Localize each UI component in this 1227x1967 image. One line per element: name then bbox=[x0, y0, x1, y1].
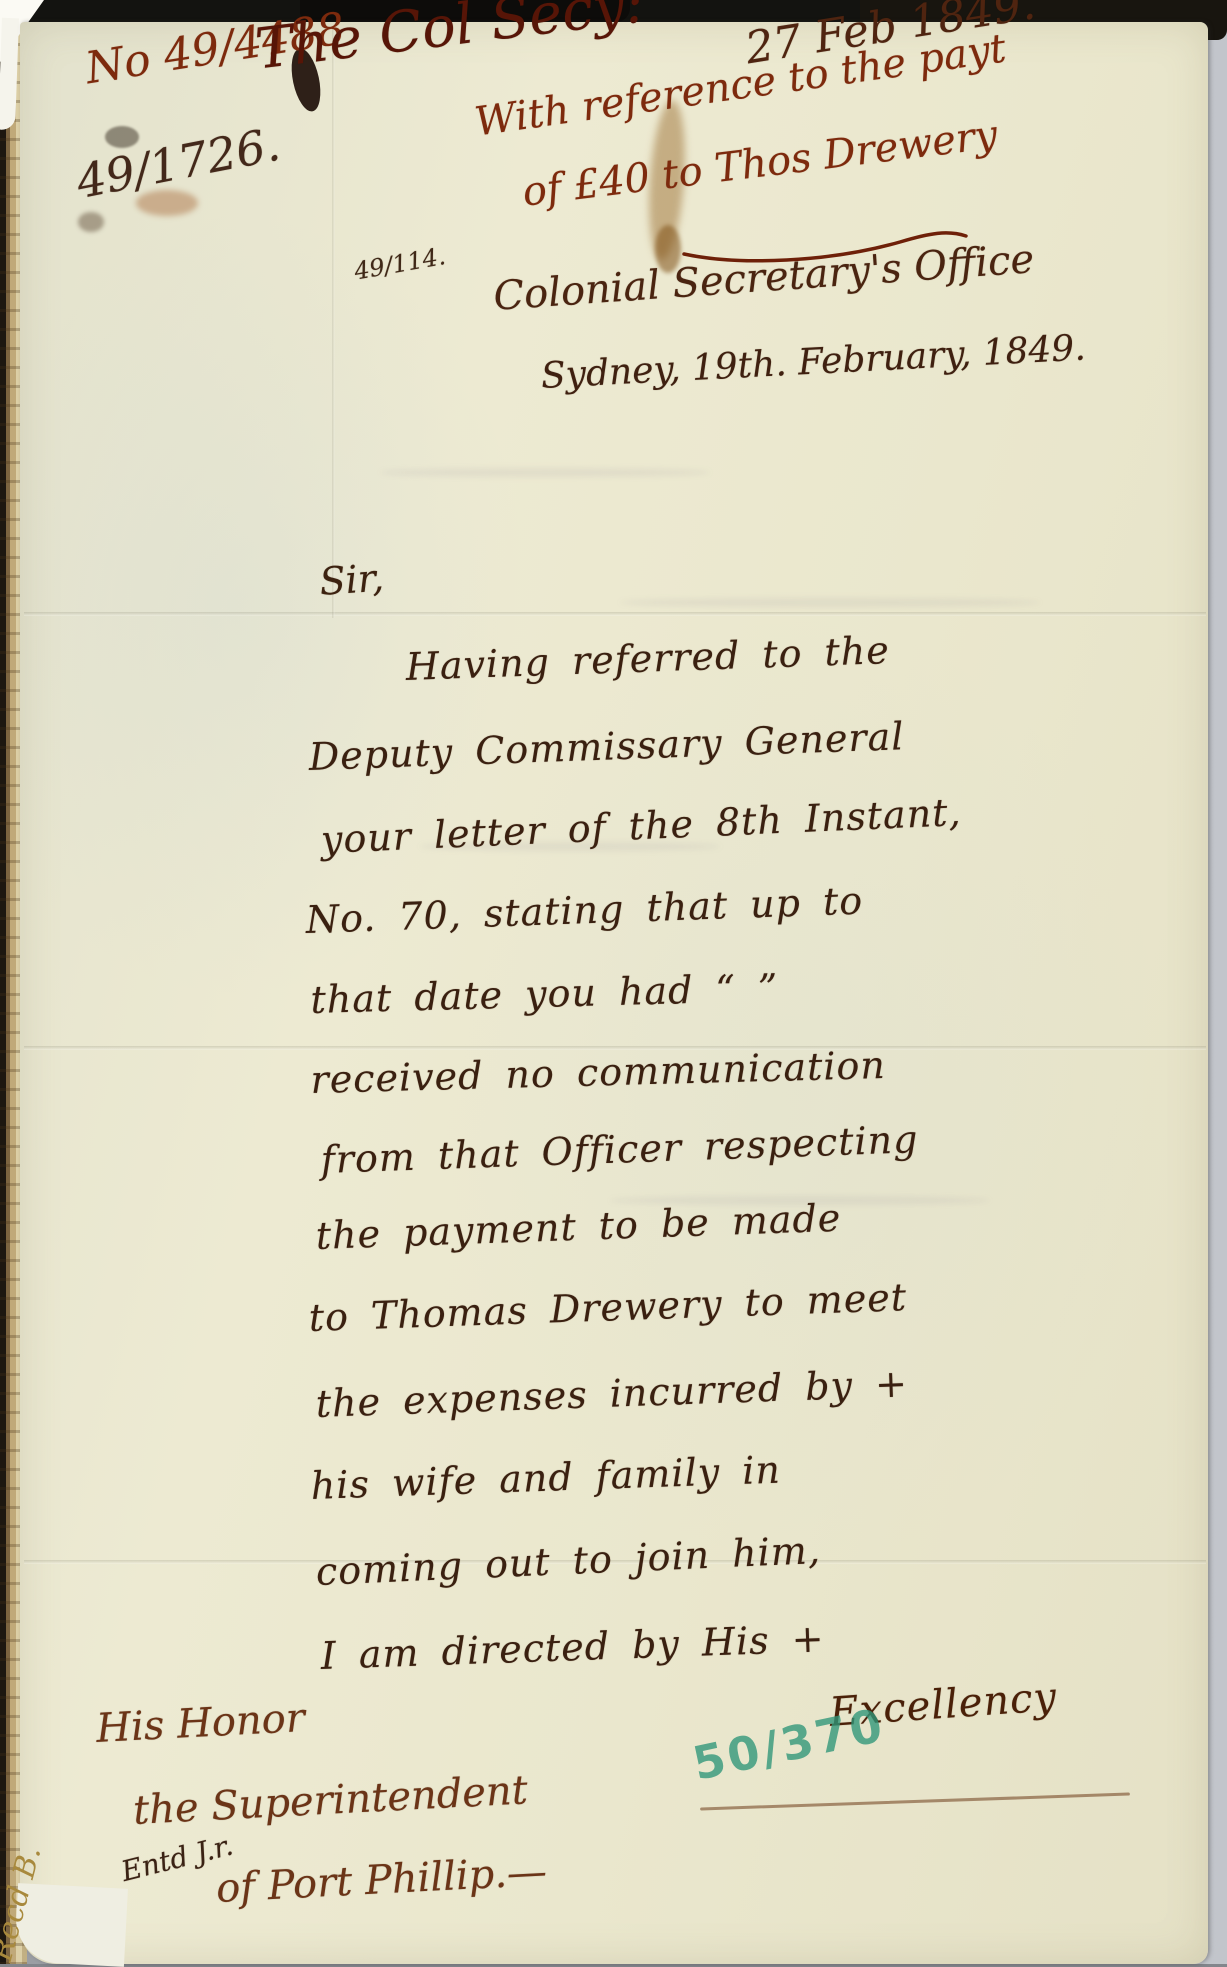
salutation: Sir, bbox=[318, 556, 385, 604]
show-through-writing bbox=[620, 598, 1040, 607]
scan-root: No 49/4488 49/1726. The Col Secy: 27 Feb… bbox=[0, 0, 1227, 1964]
horizontal-fold-crease bbox=[24, 612, 1206, 616]
stain-spot bbox=[78, 212, 104, 232]
show-through-writing bbox=[380, 468, 710, 477]
vertical-fold-crease bbox=[332, 28, 335, 618]
